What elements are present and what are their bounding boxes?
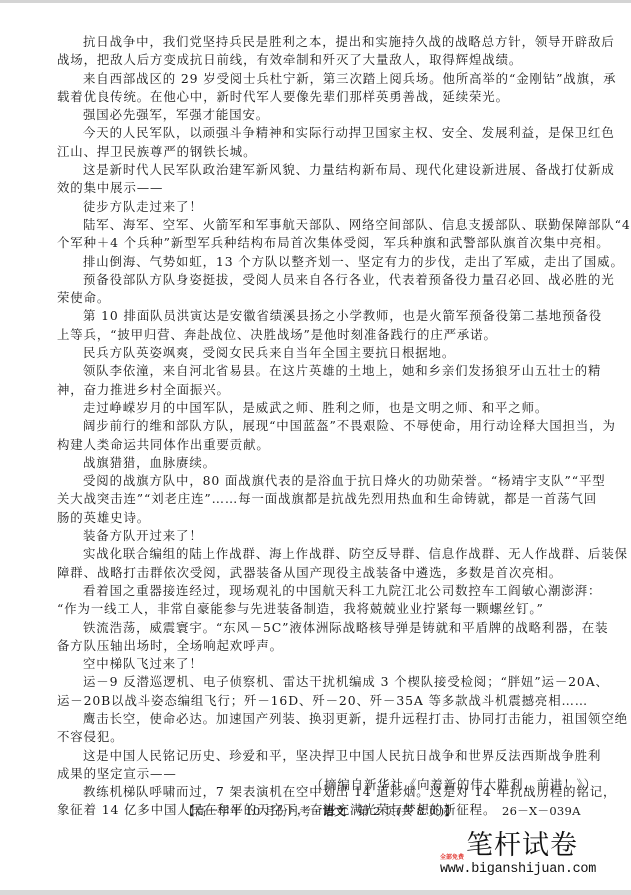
watermark-url: www.biganshijuan.com <box>440 862 596 877</box>
exam-subject: 语文 <box>323 804 346 818</box>
paragraph-line: 障群、战略打击群依次受阅，武器装备从国产现役主战装备中遴选，多数是首次亮相。 <box>57 564 597 582</box>
watermark-logo: 笔杆试卷 全部免费 www.biganshijuan.com <box>440 830 620 885</box>
paragraph-line: 关大战突击连”“刘老庄连”……每一面战旗都是抗战先烈用热血和生命铸就，都是一首荡… <box>57 490 597 508</box>
paragraph-line: 阔步前行的维和部队方队，展现“中国蓝盔”不畏艰险、不辱使命，用行动诠释大国担当，… <box>57 417 597 435</box>
paragraph-line: 陆军、海军、空军、火箭军和军事航天部队、网络空间部队、信息支援部队、联勤保障部队… <box>57 216 597 234</box>
paragraph-line: 备方队压轴出场时，全场响起欢呼声。 <box>57 637 597 655</box>
paragraph-line: 铁流浩荡，威震寰宇。“东风－5C”液体洲际战略核导弹是铸就和平盾牌的战略利器，在… <box>57 619 597 637</box>
paragraph-line: 不容侵犯。 <box>57 728 597 746</box>
source-citation: （摘编自新华社《向着新的伟大胜利，前进！》） <box>57 776 597 794</box>
paragraph-line: 抗日战争中，我们党坚持兵民是胜利之本，提出和实施持久战的战略总方针，领导开辟敌后 <box>57 33 597 51</box>
paragraph-line: 受阅的战旗方队中，80 面战旗代表的是浴血于抗日烽火的功勋荣誉。“杨靖宇支队”“… <box>57 472 597 490</box>
paragraph-line: 荣使命。 <box>57 289 597 307</box>
paragraph-line: 载着优良传统。在他心中，新时代军人要像先辈们那样英勇善战，延续荣光。 <box>57 88 597 106</box>
paragraph-line: 强国必先强军，军强才能国安。 <box>57 106 597 124</box>
page-number: 第 2 页(共 8 页)】 <box>346 804 456 818</box>
paragraph-line: 徒步方队走过来了！ <box>57 198 597 216</box>
exam-code: 26－X－039A <box>502 803 581 819</box>
paragraph-line: 预备役部队方队身姿挺拔，受阅人员来自各行各业，代表着预备役力量召必回、战必胜的光 <box>57 271 597 289</box>
paragraph-line: 江山、捍卫民族尊严的钢铁长城。 <box>57 143 597 161</box>
paragraph-line: 战旗猎猎，血脉赓续。 <box>57 454 597 472</box>
paragraph-line: “作为一线工人，非常自豪能参与先进装备制造，我将兢兢业业拧紧每一颗螺丝钉。” <box>57 600 597 618</box>
paragraph-line: 民兵方队英姿飒爽，受阅女民兵来自当年全国主要抗日根据地。 <box>57 344 597 362</box>
paragraph-line: 运－9 反潜巡逻机、电子侦察机、雷达干扰机编成 3 个楔队接受检阅；“胖妞”运－… <box>57 673 597 691</box>
paragraph-line: 鹰击长空，使命必达。加速国产列装、换羽更新，提升远程打击、协同打击能力，祖国领空… <box>57 710 597 728</box>
paragraph-line: 排山倒海、气势如虹，13 个方队以整齐划一、坚定有力的步伐，走出了军威，走出了国… <box>57 253 597 271</box>
page-bottom-border <box>0 890 631 895</box>
exam-title: 【高一学年 10 月份月考 · 语文 第 2 页(共 8 页)】 <box>183 803 456 819</box>
paragraph-line: 运－20B以战斗姿态编组飞行；歼－16D、歼－20、歼－35A 等多款战斗机震撼… <box>57 692 597 710</box>
paragraph-line: 领队李依潼，来自河北省易县。在这片英雄的土地上，她和乡亲们发扬狼牙山五壮士的精 <box>57 362 597 380</box>
watermark-title: 笔杆试卷 <box>466 830 578 862</box>
paragraph-line: 肠的英雄史诗。 <box>57 509 597 527</box>
exam-title-prefix: 【高一学年 10 月份月考 · <box>183 804 323 818</box>
paragraph-line: 第 10 排面队员洪寅达是安徽省绩溪县扬之小学教师，也是火箭军预备役第二基地预备… <box>57 307 597 325</box>
paragraph-line: 走过峥嵘岁月的中国军队，是威武之师、胜利之师，也是文明之师、和平之师。 <box>57 399 597 417</box>
paragraph-line: 装备方队开过来了！ <box>57 527 597 545</box>
page-top-border <box>0 0 631 3</box>
paragraph-line: 这是中国人民铭记历史、珍爱和平，坚决捍卫中国人民抗日战争和世界反法西斯战争胜利 <box>57 747 597 765</box>
paragraph-line: 看着国之重器接连经过，现场观礼的中国航天科工九院江北公司数控车工阎敏心潮澎湃： <box>57 582 597 600</box>
paragraph-line: 空中梯队飞过来了！ <box>57 655 597 673</box>
paragraph-line: 今天的人民军队，以顽强斗争精神和实际行动捍卫国家主权、安全、发展利益，是保卫红色 <box>57 124 597 142</box>
page-footer: 【高一学年 10 月份月考 · 语文 第 2 页(共 8 页)】 26－X－03… <box>0 803 631 823</box>
paragraph-line: 来自西部战区的 29 岁受阅士兵杜宁新，第三次踏上阅兵场。他所高举的“金刚钻”战… <box>57 70 597 88</box>
paragraph-line: 个军种＋4 个兵种”新型军兵种结构布局首次集体受阅，军兵种旗和武警部队旗首次集中… <box>57 234 597 252</box>
paragraph-line: 战场，把敌人后方变成抗日前线，有效牵制和歼灭了大量敌人，取得辉煌战绩。 <box>57 51 597 69</box>
paragraph-line: 构建人类命运共同体作出重要贡献。 <box>57 436 597 454</box>
paragraph-line: 实战化联合编组的陆上作战群、海上作战群、防空反导群、信息作战群、无人作战群、后装… <box>57 545 597 563</box>
watermark-badge: 全部免费 <box>440 852 464 861</box>
document-body: 抗日战争中，我们党坚持兵民是胜利之本，提出和实施持久战的战略总方针，领导开辟敌后… <box>57 33 597 820</box>
paragraph-line: 上等兵，“披甲归营、奔赴战位、决胜战场”是他时刻准备践行的庄严承诺。 <box>57 326 597 344</box>
paragraph-line: 效的集中展示—— <box>57 179 597 197</box>
paragraph-line: 神，奋力推进乡村全面振兴。 <box>57 381 597 399</box>
paragraph-line: 这是新时代人民军队政治建军新风貌、力量结构新布局、现代化建设新进展、备战打仗新成 <box>57 161 597 179</box>
